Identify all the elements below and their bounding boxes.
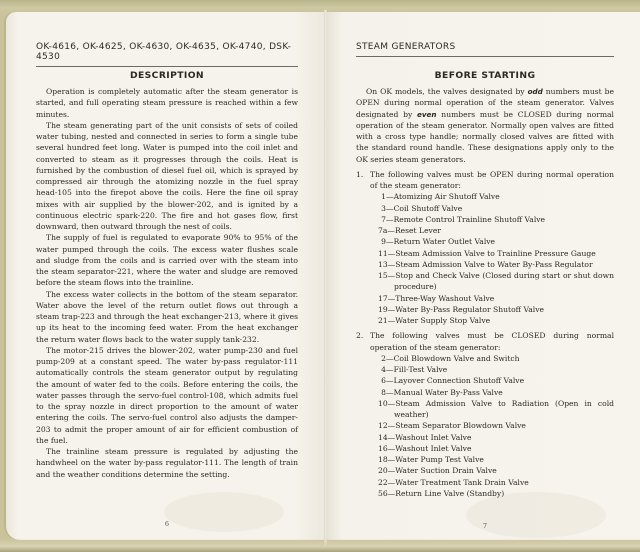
valve-list-item: 7a—Reset Lever <box>378 225 614 236</box>
list-heading-text: The following valves must be CLOSED duri… <box>370 331 614 351</box>
page-edge <box>0 538 640 552</box>
valve-list-item: 8—Manual Water By-Pass Valve <box>378 387 614 398</box>
em-dash: — <box>386 237 394 246</box>
valve-number: 12 <box>378 420 388 431</box>
valve-number: 8 <box>378 387 386 398</box>
valve-number: 7a <box>378 225 387 236</box>
before-starting-body: On OK models, the valves designated by o… <box>356 86 614 499</box>
valve-number: 14 <box>378 432 388 443</box>
em-dash: — <box>386 388 394 397</box>
section-title: BEFORE STARTING <box>356 70 614 81</box>
valve-name: Layover Connection Shutoff Valve <box>394 376 524 385</box>
valve-list-item: 21—Water Supply Stop Valve <box>378 315 614 326</box>
odd-emphasis: odd <box>528 87 543 96</box>
valve-name: Washout Inlet Valve <box>395 444 471 453</box>
valve-list-item: 17—Three-Way Washout Valve <box>378 293 614 304</box>
em-dash: — <box>387 226 395 235</box>
valve-name: Steam Admission Valve to Water By-Pass R… <box>395 260 592 269</box>
valve-number: 4 <box>378 364 386 375</box>
paragraph: The motor-215 drives the blower-202, wat… <box>36 345 298 446</box>
em-dash: — <box>386 204 394 213</box>
booklet-spread: OK-4616, OK-4625, OK-4630, OK-4635, OK-4… <box>0 0 640 552</box>
even-emphasis: even <box>417 110 437 119</box>
valve-list-item: 56—Return Line Valve (Standby) <box>378 488 614 499</box>
valve-number: 18 <box>378 454 388 465</box>
valve-list-heading: 1.The following valves must be OPEN duri… <box>356 169 614 192</box>
valve-name: Return Line Valve (Standby) <box>395 489 504 498</box>
valve-list-item: 9—Return Water Outlet Valve <box>378 236 614 247</box>
valve-list-item: 4—Fill-Test Valve <box>378 364 614 375</box>
valve-list-item: 14—Washout Inlet Valve <box>378 432 614 443</box>
valve-list-item: 19—Water By-Pass Regulator Shutoff Valve <box>378 304 614 315</box>
valve-number: 17 <box>378 293 388 304</box>
valve-list-item: 22—Water Treatment Tank Drain Valve <box>378 477 614 488</box>
left-page: OK-4616, OK-4625, OK-4630, OK-4635, OK-4… <box>4 12 326 540</box>
valve-name: Water By-Pass Regulator Shutoff Valve <box>395 305 544 314</box>
valve-list-item: 2—Coil Blowdown Valve and Switch <box>378 353 614 364</box>
valve-list-item: 20—Water Suction Drain Valve <box>378 465 614 476</box>
paragraph: The excess water collects in the bottom … <box>36 289 298 345</box>
valve-number: 9 <box>378 236 386 247</box>
intro-text: On OK models, the valves designated by <box>366 87 528 96</box>
em-dash: — <box>386 192 394 201</box>
valve-list-item: 15—Stop and Check Valve (Closed during s… <box>378 270 614 293</box>
valve-number: 20 <box>378 465 388 476</box>
page-number: 7 <box>356 522 614 530</box>
valve-list-item: 11—Steam Admission Valve to Trainline Pr… <box>378 248 614 259</box>
list-heading-text: The following valves must be OPEN during… <box>370 170 614 190</box>
valve-list-item: 16—Washout Inlet Valve <box>378 443 614 454</box>
valve-name: Water Supply Stop Valve <box>395 316 490 325</box>
valve-list: 2—Coil Blowdown Valve and Switch4—Fill-T… <box>356 353 614 499</box>
valve-name: Steam Separator Blowdown Valve <box>395 421 526 430</box>
valve-name: Stop and Check Valve (Closed during star… <box>394 271 614 291</box>
valve-name: Steam Admission Valve to Radiation (Open… <box>394 399 614 419</box>
paragraph: The supply of fuel is regulated to evapo… <box>36 232 298 288</box>
em-dash: — <box>386 354 394 363</box>
paragraph: Operation is completely automatic after … <box>36 86 298 120</box>
valve-name: Water Treatment Tank Drain Valve <box>395 478 529 487</box>
valve-lists: 1.The following valves must be OPEN duri… <box>356 169 614 499</box>
valve-name: Return Water Outlet Valve <box>394 237 495 246</box>
valve-name: Three-Way Washout Valve <box>395 294 494 303</box>
valve-name: Coil Blowdown Valve and Switch <box>394 354 520 363</box>
valve-number: 7 <box>378 214 386 225</box>
valve-number: 13 <box>378 259 388 270</box>
page-number: 6 <box>36 520 298 528</box>
valve-list: 1—Atomizing Air Shutoff Valve3—Coil Shut… <box>356 191 614 326</box>
valve-name: Steam Admission Valve to Trainline Press… <box>395 249 595 258</box>
valve-list-item: 10—Steam Admission Valve to Radiation (O… <box>378 398 614 421</box>
em-dash: — <box>386 365 394 374</box>
valve-list-heading: 2.The following valves must be CLOSED du… <box>356 330 614 353</box>
valve-name: Fill-Test Valve <box>394 365 448 374</box>
valve-name: Water Suction Drain Valve <box>395 466 496 475</box>
list-number: 1. <box>356 169 370 180</box>
valve-number: 6 <box>378 375 386 386</box>
valve-name: Coil Shutoff Valve <box>394 204 463 213</box>
valve-list-item: 1—Atomizing Air Shutoff Valve <box>378 191 614 202</box>
valve-number: 10 <box>378 398 388 409</box>
valve-name: Washout Inlet Valve <box>395 433 471 442</box>
em-dash: — <box>386 376 394 385</box>
page-header: STEAM GENERATORS <box>356 42 614 57</box>
valve-number: 1 <box>378 191 386 202</box>
description-body: Operation is completely automatic after … <box>36 86 298 480</box>
list-number: 2. <box>356 330 370 341</box>
valve-number: 19 <box>378 304 388 315</box>
valve-list-item: 3—Coil Shutoff Valve <box>378 203 614 214</box>
valve-number: 56 <box>378 488 388 499</box>
valve-number: 2 <box>378 353 386 364</box>
paragraph: The steam generating part of the unit co… <box>36 120 298 233</box>
valve-number: 11 <box>378 248 388 259</box>
valve-number: 15 <box>378 270 388 281</box>
valve-number: 3 <box>378 203 386 214</box>
valve-number: 21 <box>378 315 388 326</box>
valve-name: Reset Lever <box>395 226 441 235</box>
page-header: OK-4616, OK-4625, OK-4630, OK-4635, OK-4… <box>36 42 298 67</box>
valve-number: 16 <box>378 443 388 454</box>
valve-name: Atomizing Air Shutoff Valve <box>394 192 500 201</box>
valve-number: 22 <box>378 477 388 488</box>
valve-list-item: 13—Steam Admission Valve to Water By-Pas… <box>378 259 614 270</box>
intro-paragraph: On OK models, the valves designated by o… <box>356 86 614 165</box>
valve-list-item: 7—Remote Control Trainline Shutoff Valve <box>378 214 614 225</box>
right-page: STEAM GENERATORS BEFORE STARTING On OK m… <box>326 12 640 540</box>
em-dash: — <box>386 215 394 224</box>
section-title: DESCRIPTION <box>36 70 298 81</box>
valve-list-item: 18—Water Pump Test Valve <box>378 454 614 465</box>
valve-list-item: 6—Layover Connection Shutoff Valve <box>378 375 614 386</box>
valve-name: Remote Control Trainline Shutoff Valve <box>394 215 545 224</box>
valve-name: Water Pump Test Valve <box>395 455 484 464</box>
paragraph: The trainline steam pressure is regulate… <box>36 446 298 480</box>
valve-name: Manual Water By-Pass Valve <box>394 388 503 397</box>
valve-list-item: 12—Steam Separator Blowdown Valve <box>378 420 614 431</box>
